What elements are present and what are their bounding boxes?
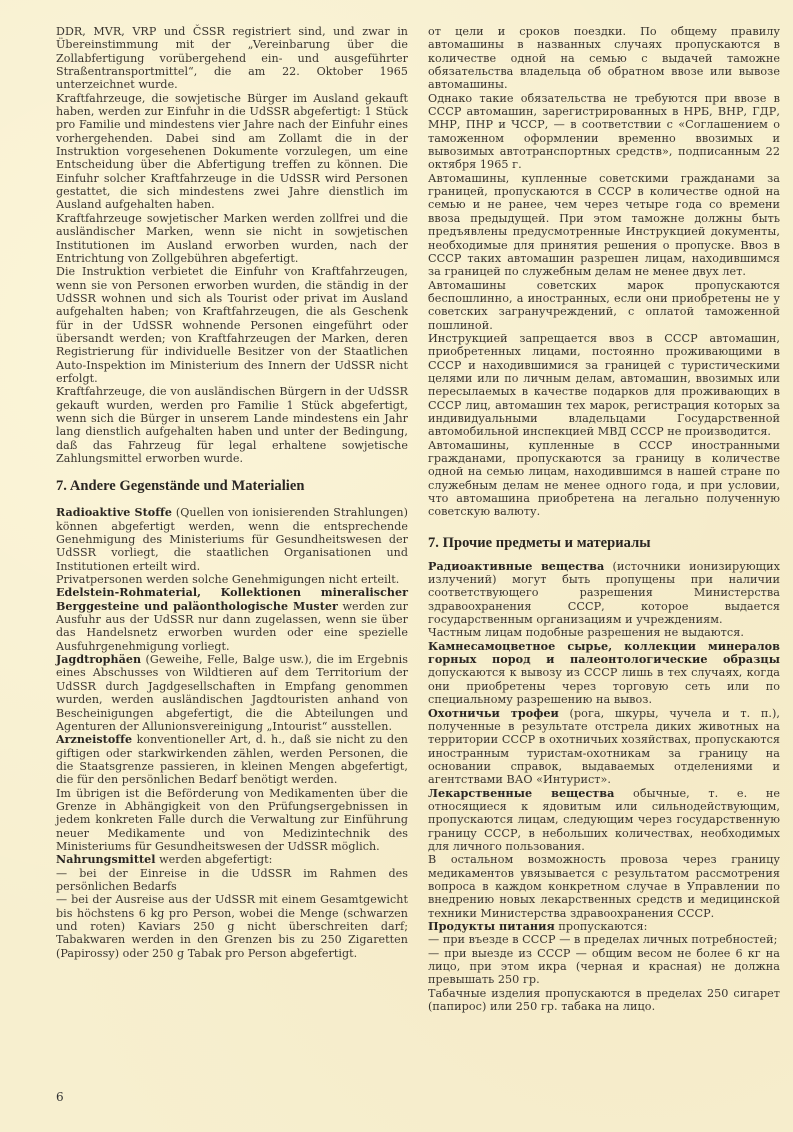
russian-column: от цели и сроков поездки. По общему прав… [428, 25, 780, 1013]
paragraph: Табачные изделия пропускаются в пределах… [428, 987, 780, 1014]
paragraph-text: werden abgefertigt: [156, 853, 273, 866]
paragraph: DDR, MVR, VRP und ČSSR registriert sind,… [56, 25, 408, 92]
paragraph-text: — bei der Ausreise aus der UdSSR mit ein… [56, 893, 408, 959]
paragraph: Kraftfahrzeuge, die von ausländischen Bü… [56, 385, 408, 465]
paragraph: Лекарственные вещества обычные, т. е. не… [428, 787, 780, 854]
paragraph-text: Privatpersonen werden solche Genehmigung… [56, 573, 399, 586]
bold-term: Лекарственные вещества [428, 786, 614, 800]
paragraph: Однако такие обязательства не требуются … [428, 92, 780, 172]
paragraph-text: — при выезде из СССР — общим весом не бо… [428, 947, 780, 987]
german-column: DDR, MVR, VRP und ČSSR registriert sind,… [56, 25, 408, 960]
paragraph: Die Instruktion verbietet die Einfuhr vo… [56, 265, 408, 385]
paragraph-text: Табачные изделия пропускаются в пределах… [428, 987, 780, 1013]
paragraph: Arzneistoffe konventioneller Art, d. h.,… [56, 733, 408, 786]
section-heading: 7. Прочие предметы и материалы [428, 534, 780, 552]
paragraph-text: допускаются к вывозу из СССР лишь в тех … [428, 666, 780, 706]
page-number: 6 [56, 1090, 64, 1104]
paragraph: Продукты питания пропускаются: [428, 920, 780, 933]
paragraph: Radioaktive Stoffe (Quellen von ionisier… [56, 506, 408, 573]
paragraph: от цели и сроков поездки. По общему прав… [428, 25, 780, 92]
section-heading: 7. Andere Gegenstände und Materialien [56, 477, 408, 495]
paragraph: Edelstein-Rohmaterial, Kollektionen mine… [56, 586, 408, 653]
bold-term: Охотничьи трофеи [428, 706, 559, 720]
paragraph: В остальном возможность провоза через гр… [428, 853, 780, 920]
bold-term: Jagdtrophäen [56, 653, 141, 666]
paragraph: — bei der Einreise in die UdSSR im Rahme… [56, 867, 408, 894]
paragraph: Автомашины, купленные советскими граждан… [428, 172, 780, 279]
document-page: DDR, MVR, VRP und ČSSR registriert sind,… [0, 0, 793, 1132]
paragraph: Jagdtrophäen (Geweihe, Felle, Balge usw.… [56, 653, 408, 733]
paragraph: Охотничьи трофеи (рога, шкуры, чучела и … [428, 707, 780, 787]
paragraph: Kraftfahrzeuge, die sowjetische Bürger i… [56, 92, 408, 212]
paragraph: Радиоактивные вещества (источники ионизи… [428, 560, 780, 627]
paragraph-text: — bei der Einreise in die UdSSR im Rahme… [56, 867, 408, 893]
paragraph: — при въезде в СССР — в пределах личных … [428, 933, 780, 946]
paragraph: Камнесамоцветное сырье, коллекции минера… [428, 640, 780, 707]
paragraph: Автомашины, купленные в СССР иностранным… [428, 439, 780, 519]
paragraph: Kraftfahrzeuge sowjetischer Marken werde… [56, 212, 408, 265]
bold-term: Nahrungsmittel [56, 853, 156, 866]
bold-term: Радиоактивные вещества [428, 559, 604, 573]
paragraph: Инструкцией запрещается ввоз в СССР авто… [428, 332, 780, 439]
paragraph-text: Im übrigen ist die Beförderung von Medik… [56, 787, 408, 853]
paragraph: Nahrungsmittel werden abgefertigt: [56, 853, 408, 866]
bold-term: Radioaktive Stoffe [56, 506, 172, 519]
paragraph-text: — при въезде в СССР — в пределах личных … [428, 933, 777, 946]
paragraph: — bei der Ausreise aus der UdSSR mit ein… [56, 893, 408, 960]
paragraph: — при выезде из СССР — общим весом не бо… [428, 947, 780, 987]
paragraph-text: пропускаются: [555, 920, 648, 933]
paragraph-text: Частным лицам подобные разрешения не выд… [428, 626, 744, 639]
paragraph: Im übrigen ist die Beförderung von Medik… [56, 787, 408, 854]
bold-term: Продукты питания [428, 919, 555, 933]
paragraph: Частным лицам подобные разрешения не выд… [428, 626, 780, 639]
paragraph: Автомашины советских марок пропускаются … [428, 279, 780, 332]
paragraph: Privatpersonen werden solche Genehmigung… [56, 573, 408, 586]
bold-term: Arzneistoffe [56, 733, 132, 746]
bold-term: Камнесамоцветное сырье, коллекции минера… [428, 639, 780, 666]
paragraph-text: В остальном возможность провоза через гр… [428, 853, 780, 919]
